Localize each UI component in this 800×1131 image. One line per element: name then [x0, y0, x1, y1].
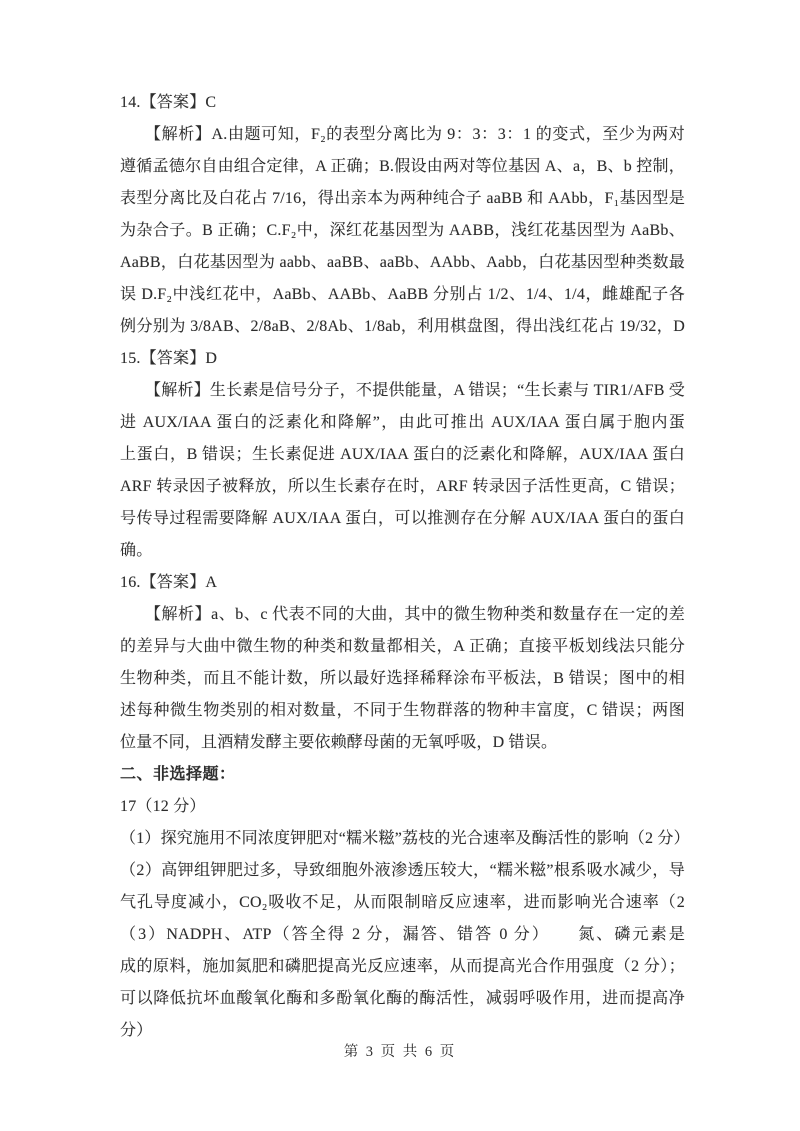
answer-14-analysis-line: 【解析】A.由题可知，F₂的表型分离比为 9：3：3：1 的变式，至少为两对等位… [120, 119, 685, 151]
answer-15-analysis-line: ARF 转录因子被释放，所以生长素存在时，ARF 转录因子活性更高，C 错误；生… [120, 471, 685, 503]
answer-14-analysis-line: AaBB，白花基因型为 aabb、aaBB、aaBb、AAbb、Aabb，白花基… [120, 247, 685, 279]
answer-block-15: 15.【答案】D 【解析】生长素是信号分子，不提供能量，A 错误；“生长素与 T… [120, 343, 685, 567]
document-page: 14.【答案】C 【解析】A.由题可知，F₂的表型分离比为 9：3：3：1 的变… [0, 0, 800, 1131]
page-number: 第 3 页 共 6 页 [0, 1043, 800, 1061]
answer-block-16: 16.【答案】A 【解析】a、b、c 代表不同的大曲，其中的微生物种类和数量存在… [120, 567, 685, 759]
answer-15-header: 15.【答案】D [120, 343, 685, 375]
answer-15-analysis-line: 上蛋白，B 错误；生长素促进 AUX/IAA 蛋白的泛素化和降解，AUX/IAA… [120, 439, 685, 471]
question-17-part1-line: （1）探究施用不同浓度钾肥对“糯米糍”荔枝的光合速率及酶活性的影响（2 分） [120, 823, 685, 855]
answer-15-analysis-line: 号传导过程需要降解 AUX/IAA 蛋白，可以推测存在分解 AUX/IAA 蛋白… [120, 503, 685, 535]
answer-16-analysis-line: 生物种类，而且不能计数，所以最好选择稀释涂布平板法，B 错误；图中的相对丰度是描 [120, 663, 685, 695]
answer-16-analysis-line: 位量不同，且酒精发酵主要依赖酵母菌的无氧呼吸，D 错误。 [120, 727, 685, 759]
answer-block-14: 14.【答案】C 【解析】A.由题可知，F₂的表型分离比为 9：3：3：1 的变… [120, 87, 685, 343]
answer-15-analysis-line: 进 AUX/IAA 蛋白的泛素化和降解”，由此可推出 AUX/IAA 蛋白属于胞… [120, 407, 685, 439]
question-17-title: 17（12 分） [120, 791, 685, 823]
answer-14-analysis-line: 遵循孟德尔自由组合定律，A 正确；B.假设由两对等位基因 A、a，B、b 控制，… [120, 151, 685, 183]
answer-14-analysis-line: 表型分离比及白花占 7/16，得出亲本为两种纯合子 aaBB 和 AAbb，F₁… [120, 183, 685, 215]
section-two: 二、非选择题： 17（12 分） （1）探究施用不同浓度钾肥对“糯米糍”荔枝的光… [120, 759, 685, 1047]
question-17-part2-line: （2）高钾组钾肥过多，导致细胞外液渗透压较大，“糯米糍”根系吸水减少，导致叶片上… [120, 855, 685, 887]
section-two-heading: 二、非选择题： [120, 759, 685, 791]
answer-14-analysis-line: 例分别为 3/8AB、2/8aB、2/8Ab、1/8ab，利用棋盘图，得出浅红花… [120, 311, 685, 343]
answer-15-analysis-line: 【解析】生长素是信号分子，不提供能量，A 错误；“生长素与 TIR1/AFB 受… [120, 375, 685, 407]
answer-16-header: 16.【答案】A [120, 567, 685, 599]
answer-15-analysis-line: 确。 [120, 535, 685, 567]
answer-14-analysis-line: 误 D.F₂中浅红花中，AaBb、AABb、AaBB 分别占 1/2、1/4、1… [120, 279, 685, 311]
question-17-part2-line: 气孔导度减小，CO₂吸收不足，从而限制暗反应速率，进而影响光合速率（2 分） [120, 887, 685, 919]
answer-16-analysis-line: 的差异与大曲中微生物的种类和数量都相关，A 正确；直接平板划线法只能分离出部分微 [120, 631, 685, 663]
answer-14-analysis-line: 为杂合子。B 正确；C.F₂中，深红花基因型为 AABB，浅红花基因型为 AaB… [120, 215, 685, 247]
answer-14-header: 14.【答案】C [120, 87, 685, 119]
question-17-part3-line: 可以降低抗坏血酸氧化酶和多酚氧化酶的酶活性，减弱呼吸作用，进而提高净光合速率（2 [120, 983, 685, 1015]
question-17-part3-line: 成的原料，施加氮肥和磷肥提高光反应速率，从而提高光合作用强度（2 分）；NPK … [120, 951, 685, 983]
question-17-part3-line: （3）NADPH、ATP（答全得 2 分，漏答、错答 0 分） 氮、磷元素是 N… [120, 919, 685, 951]
answer-16-analysis-line: 述每种微生物类别的相对数量，不同于生物群落的物种丰富度，C 错误；两图中纵坐标单 [120, 695, 685, 727]
answer-16-analysis-line: 【解析】a、b、c 代表不同的大曲，其中的微生物种类和数量存在一定的差异，所以白… [120, 599, 685, 631]
